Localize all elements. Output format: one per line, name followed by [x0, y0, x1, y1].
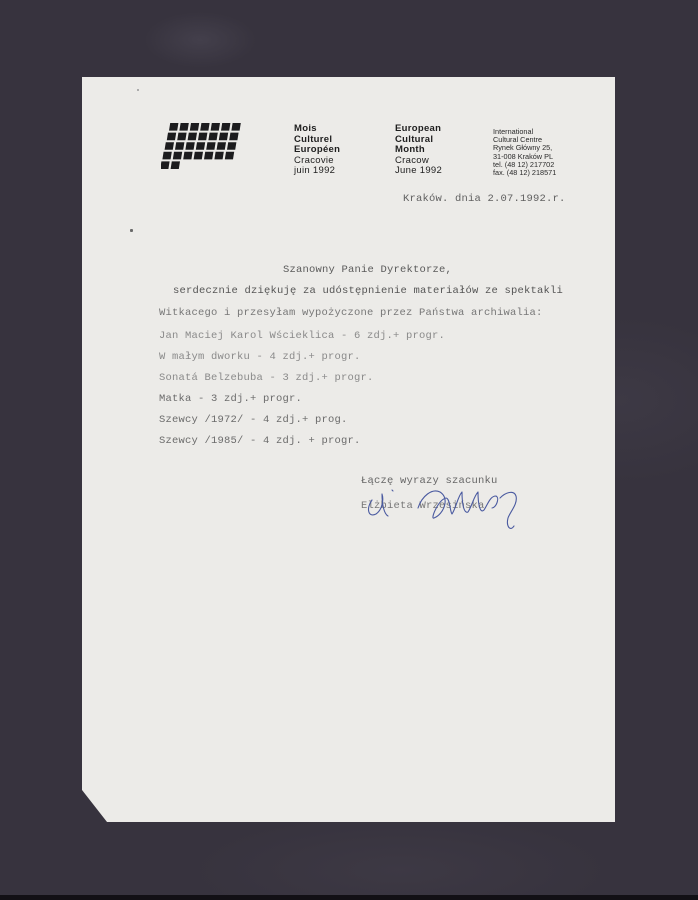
paper-speck — [137, 89, 139, 91]
letterhead-french: Mois Culturel Européen Cracovie juin 199… — [294, 124, 340, 177]
archive-item: Jan Maciej Karol Wścieklica - 6 zdj.+ pr… — [159, 330, 445, 342]
letterhead-english-line: June 1992 — [395, 166, 442, 177]
archive-item: Matka - 3 zdj.+ progr. — [159, 393, 302, 405]
slanted-grid-logo-icon — [161, 121, 241, 171]
letterhead-french-line: juin 1992 — [294, 166, 340, 177]
letterhead-french-line: Européen — [294, 145, 340, 156]
salutation: Szanowny Panie Dyrektorze, — [283, 264, 452, 276]
archive-item: Szewcy /1972/ - 4 zdj.+ prog. — [159, 414, 348, 426]
letterhead-english: European Cultural Month Cracow June 1992 — [395, 124, 442, 177]
letter-paper — [82, 77, 615, 822]
body-line: serdecznie dziękuję za udóstępnienie mat… — [173, 285, 563, 297]
scan-edge-band — [0, 895, 698, 900]
archive-item: Sonatá Belzebuba - 3 zdj.+ progr. — [159, 372, 374, 384]
archive-item: Szewcy /1985/ - 4 zdj. + progr. — [159, 435, 361, 447]
letterhead-address: International Cultural Centre Rynek Głów… — [493, 128, 556, 177]
address-line: fax. (48 12) 218571 — [493, 169, 556, 177]
body-line: Witkacego i przesyłam wypożyczone przez … — [159, 307, 543, 319]
handwritten-signature-icon — [360, 478, 525, 536]
archive-item: W małym dworku - 4 zdj.+ progr. — [159, 351, 361, 363]
letter-date: Kraków. dnia 2.07.1992.r. — [403, 193, 566, 205]
paper-speck — [130, 229, 133, 232]
letterhead-english-line: Month — [395, 145, 442, 156]
letterhead-french-line: Mois — [294, 124, 340, 135]
letterhead-english-line: European — [395, 124, 442, 135]
